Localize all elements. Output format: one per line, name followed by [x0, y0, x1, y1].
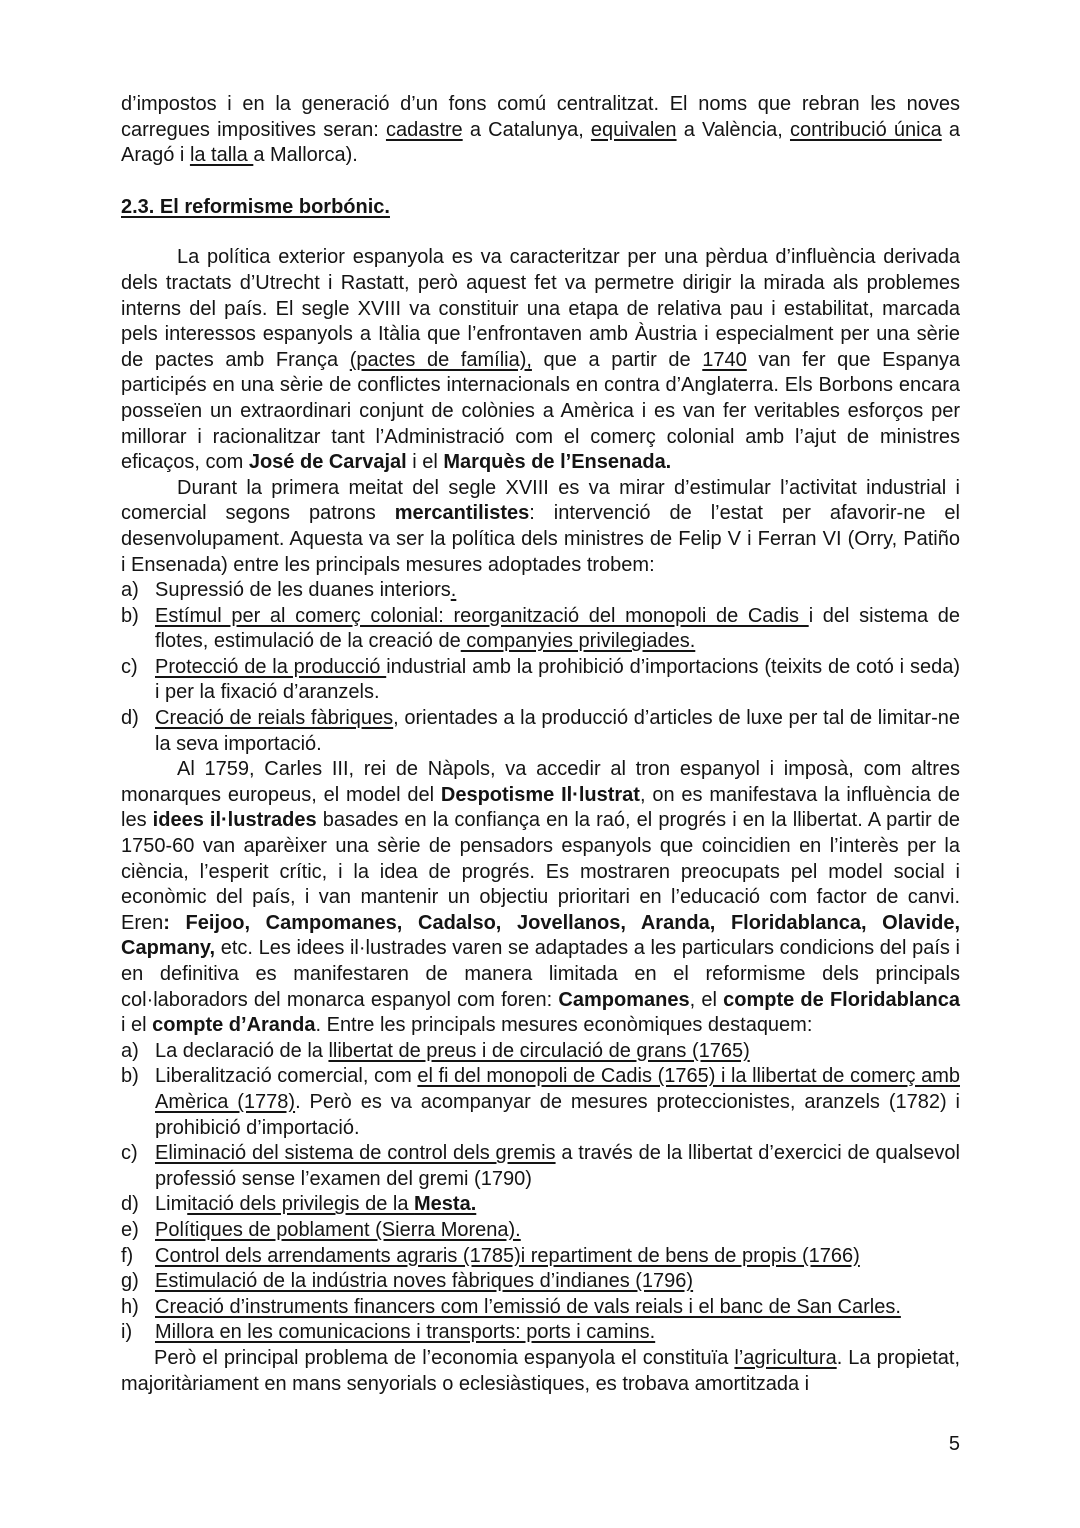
list-item-text: Control dels arrendaments agraris (1785)…	[155, 1244, 960, 1270]
list-item-text: Eliminació del sistema de control dels g…	[155, 1141, 960, 1192]
list-item: c)Protecció de la producció industrial a…	[121, 655, 960, 706]
text-run: Però el principal problema de l’economia…	[154, 1347, 734, 1369]
list-marker: a)	[121, 1039, 155, 1065]
text-run: llibertat de preus i de circulació de gr…	[328, 1040, 749, 1062]
page-number: 5	[949, 1432, 960, 1458]
text-run: equivalen	[591, 119, 677, 141]
list-marker: e)	[121, 1218, 155, 1244]
text-run: contribució única	[790, 119, 942, 141]
document-body: d’impostos i en la generació d’un fons c…	[121, 92, 960, 1397]
list-marker: d)	[121, 706, 155, 757]
text-run: Lim	[155, 1193, 187, 1215]
text-run: Creació d’instruments financers com l’em…	[155, 1296, 901, 1318]
text-run: Liberalització comercial, com	[155, 1065, 417, 1087]
list-item-text: Supressió de les duanes interiors.	[155, 578, 960, 604]
text-run: i el	[121, 1014, 152, 1036]
text-run: Estimulació de la indústria noves fàbriq…	[155, 1270, 693, 1292]
text-run: Estímul per al comerç colonial: reorgani…	[155, 605, 809, 627]
text-run: Eliminació del sistema de control dels g…	[155, 1142, 556, 1164]
text-run: José de Carvajal	[249, 451, 407, 473]
text-run: Millora en les comunicacions i transport…	[155, 1321, 655, 1343]
list-item-text: Millora en les comunicacions i transport…	[155, 1320, 960, 1346]
text-run: Marquès de l’Ensenada.	[443, 451, 671, 473]
list-item-text: Estimulació de la indústria noves fàbriq…	[155, 1269, 960, 1295]
list-item: g)Estimulació de la indústria noves fàbr…	[121, 1269, 960, 1295]
paragraph: Durant la primera meitat del segle XVIII…	[121, 476, 960, 578]
paragraph: d’impostos i en la generació d’un fons c…	[121, 92, 960, 169]
text-run: Campomanes	[558, 989, 689, 1011]
list-item: a)Supressió de les duanes interiors.	[121, 578, 960, 604]
text-run: compte d’Aranda	[152, 1014, 315, 1036]
paragraph: La política exterior espanyola es va car…	[121, 245, 960, 475]
lettered-list: a)La declaració de la llibertat de preus…	[121, 1039, 960, 1346]
text-run: 1740	[702, 349, 747, 371]
text-run: l’agricultura	[734, 1347, 836, 1369]
list-marker: d)	[121, 1192, 155, 1218]
text-run: , el	[690, 989, 724, 1011]
text-run: Polítiques de poblament (Sierra Morena).	[155, 1219, 521, 1241]
list-marker: a)	[121, 578, 155, 604]
text-run: a Catalunya,	[463, 119, 591, 141]
list-item: i)Millora en les comunicacions i transpo…	[121, 1320, 960, 1346]
text-run: la talla	[190, 144, 253, 166]
list-item: b)Liberalització comercial, com el fi de…	[121, 1064, 960, 1141]
list-marker: c)	[121, 1141, 155, 1192]
text-run: que a partir de	[532, 349, 702, 371]
text-run: companyies privilegiades.	[461, 630, 696, 652]
text-run: Control dels arrendaments agraris (1785)…	[155, 1245, 860, 1267]
text-run: i el	[407, 451, 444, 473]
text-run: idees il·lustrades	[153, 809, 317, 831]
list-marker: c)	[121, 655, 155, 706]
text-run: mercantilistes	[395, 502, 530, 524]
text-run: a València,	[677, 119, 790, 141]
list-item-text: Protecció de la producció industrial amb…	[155, 655, 960, 706]
text-run: Supressió de les duanes interiors	[155, 579, 451, 601]
text-run: (pactes de família),	[350, 349, 532, 371]
text-run: itació dels privilegis de la	[187, 1193, 414, 1215]
list-item-text: Liberalització comercial, com el fi del …	[155, 1064, 960, 1141]
list-marker: b)	[121, 604, 155, 655]
list-marker: i)	[121, 1320, 155, 1346]
list-marker: g)	[121, 1269, 155, 1295]
list-marker: b)	[121, 1064, 155, 1141]
list-item: d)Creació de reials fàbriques, orientade…	[121, 706, 960, 757]
list-item: a)La declaració de la llibertat de preus…	[121, 1039, 960, 1065]
text-run: .	[451, 579, 457, 601]
text-run: a Mallorca).	[253, 144, 357, 166]
list-item: f)Control dels arrendaments agraris (178…	[121, 1244, 960, 1270]
list-item: b)Estímul per al comerç colonial: reorga…	[121, 604, 960, 655]
list-item-text: Creació d’instruments financers com l’em…	[155, 1295, 960, 1321]
text-run: compte de Floridablanca	[723, 989, 960, 1011]
paragraph: Però el principal problema de l’economia…	[121, 1346, 960, 1397]
document-page: d’impostos i en la generació d’un fons c…	[0, 0, 1080, 1528]
paragraph: Al 1759, Carles III, rei de Nàpols, va a…	[121, 757, 960, 1039]
text-run: 2.3. El reformisme borbónic.	[121, 196, 390, 218]
text-run: Protecció de la producció	[155, 656, 386, 678]
text-run: La declaració de la	[155, 1040, 328, 1062]
text-run: Mesta.	[414, 1193, 476, 1215]
list-item: e)Polítiques de poblament (Sierra Morena…	[121, 1218, 960, 1244]
list-item-text: Polítiques de poblament (Sierra Morena).	[155, 1218, 960, 1244]
list-item: h)Creació d’instruments financers com l’…	[121, 1295, 960, 1321]
list-item-text: Estímul per al comerç colonial: reorgani…	[155, 604, 960, 655]
lettered-list: a)Supressió de les duanes interiors.b)Es…	[121, 578, 960, 757]
list-item-text: La declaració de la llibertat de preus i…	[155, 1039, 960, 1065]
list-item: d)Limitació dels privilegis de la Mesta.	[121, 1192, 960, 1218]
list-item-text: Creació de reials fàbriques, orientades …	[155, 706, 960, 757]
list-marker: h)	[121, 1295, 155, 1321]
text-run: Creació de reials fàbriques	[155, 707, 393, 729]
list-item-text: Limitació dels privilegis de la Mesta.	[155, 1192, 960, 1218]
list-item: c)Eliminació del sistema de control dels…	[121, 1141, 960, 1192]
text-run: cadastre	[386, 119, 463, 141]
text-run: . Entre les principals mesures econòmiqu…	[315, 1014, 812, 1036]
section-heading: 2.3. El reformisme borbónic.	[121, 195, 960, 221]
list-marker: f)	[121, 1244, 155, 1270]
text-run: Despotisme Il·lustrat	[441, 784, 640, 806]
